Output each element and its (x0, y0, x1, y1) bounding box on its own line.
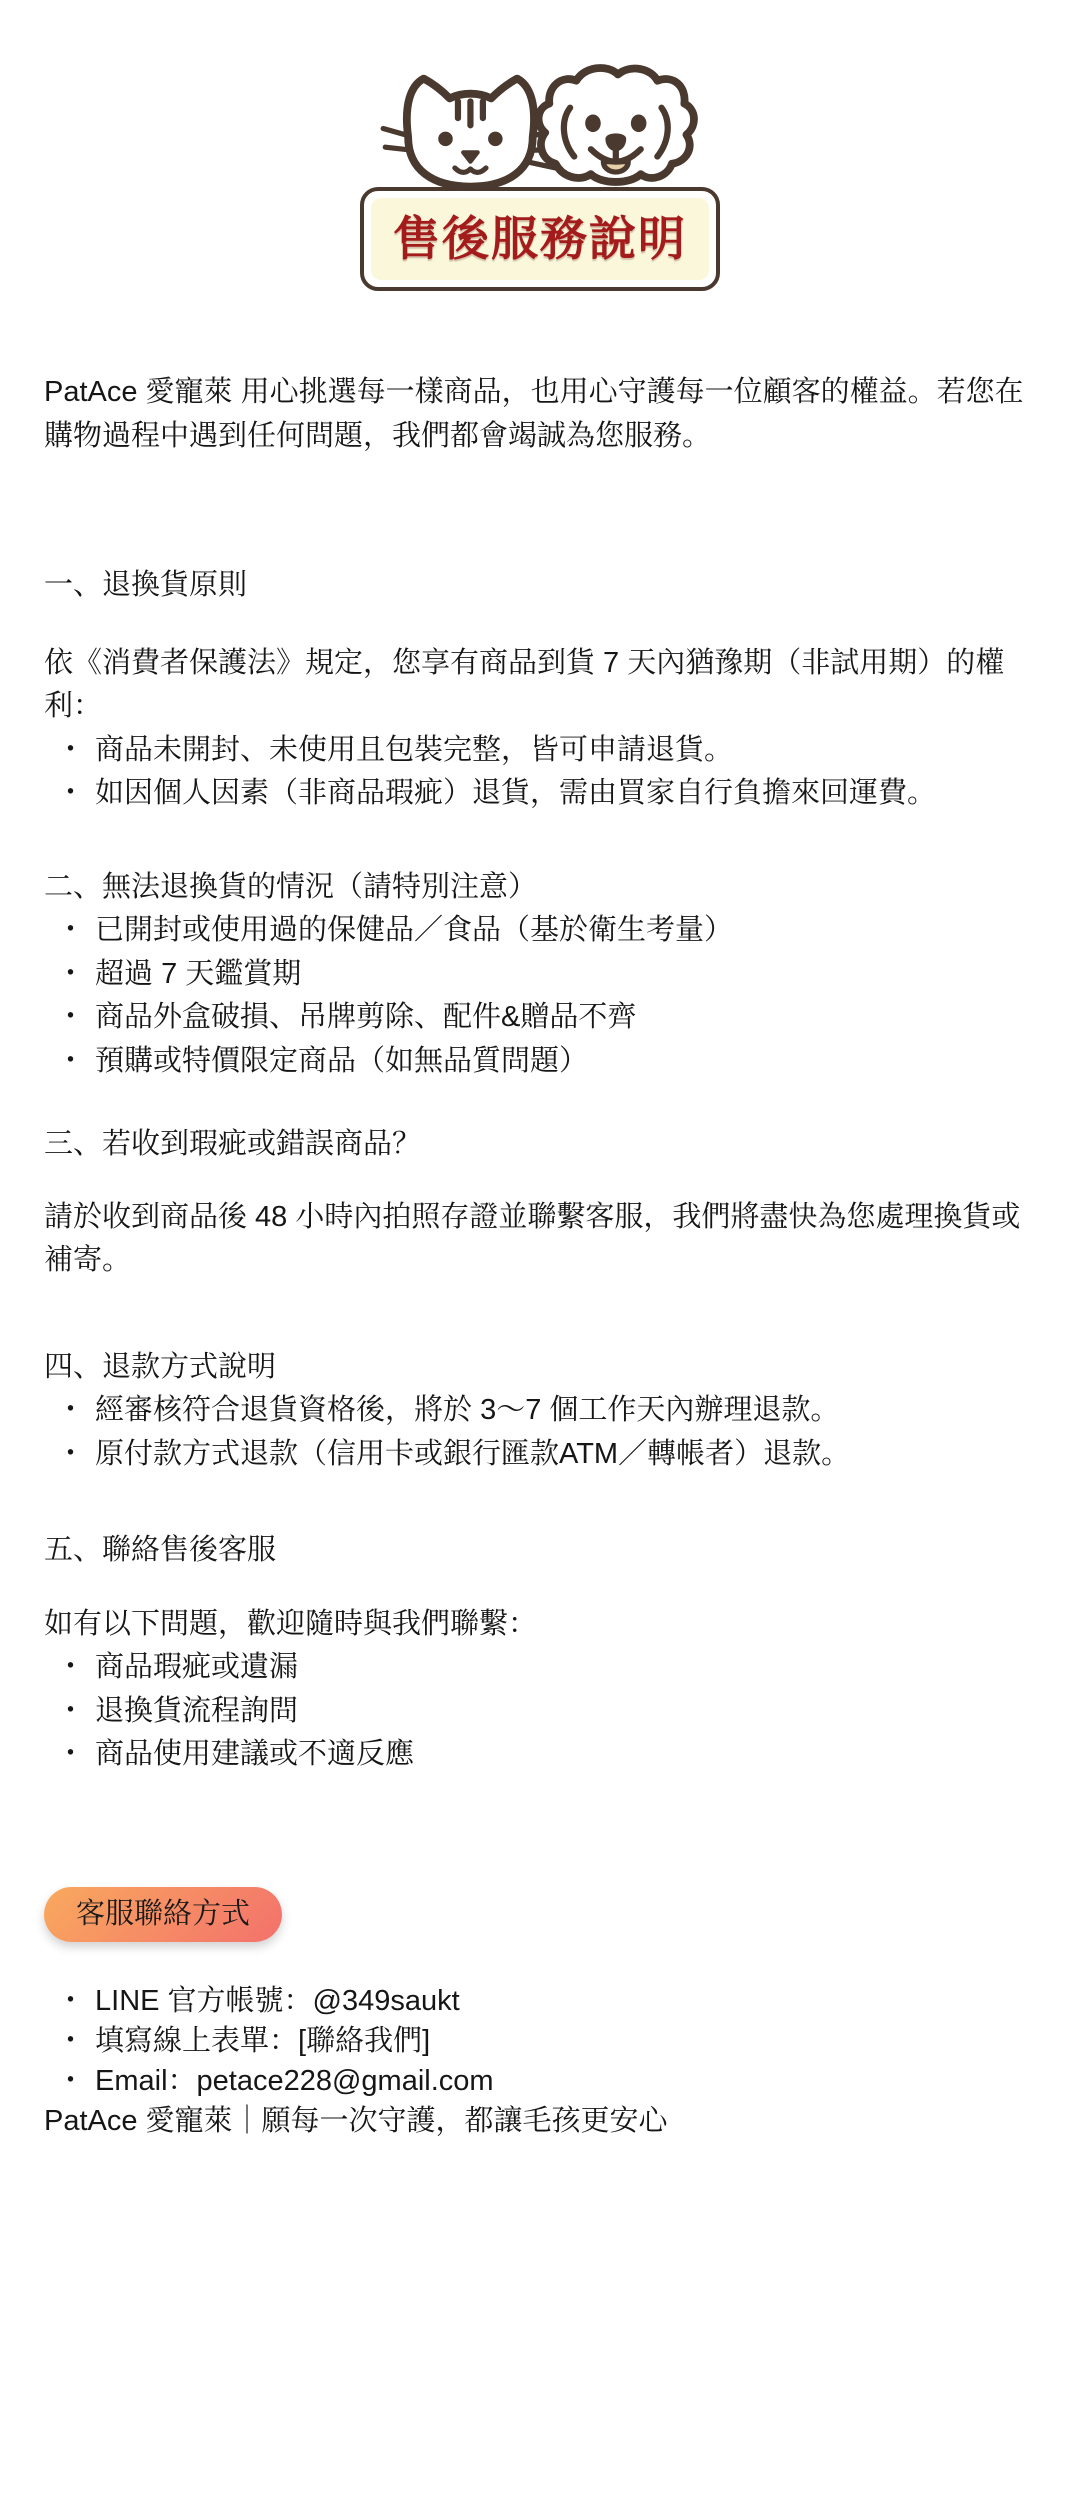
bullet-text: 退換貨流程詢問 (95, 1690, 298, 1734)
bullet-item: ・ 商品使用建議或不適反應 (44, 1733, 1036, 1777)
bullet-item: ・ 商品外盒破損、吊牌剪除、配件&贈品不齊 (44, 996, 1036, 1040)
bullet-item: ・ 超過 7 天鑑賞期 (44, 953, 1036, 997)
bullet-dot: ・ (44, 1389, 95, 1433)
bullet-text: 超過 7 天鑑賞期 (95, 953, 301, 997)
page-content: PatAce 愛寵萊 用心挑選每一樣商品，也用心守護每一位顧客的權益。若您在購物… (0, 371, 1080, 2141)
bullet-item: ・ 如因個人因素（非商品瑕疵）退貨，需由買家自行負擔來回運費。 (44, 772, 1036, 816)
bullet-dot: ・ (44, 729, 95, 773)
bullet-item: ・ 商品未開封、未使用且包裝完整，皆可申請退貨。 (44, 729, 1036, 773)
contact-item-text: Email：petace228@gmail.com (95, 2061, 494, 2101)
bullet-item: ・ 退換貨流程詢問 (44, 1690, 1036, 1734)
section-3-heading: 三、若收到瑕疵或錯誤商品？ (44, 1123, 1036, 1167)
bullet-text: 商品外盒破損、吊牌剪除、配件&贈品不齊 (95, 996, 636, 1040)
dog-face-icon (539, 68, 694, 182)
bullet-dot: ・ (44, 1433, 95, 1477)
contact-item-email: ・ Email：petace228@gmail.com (44, 2061, 1036, 2101)
bullet-dot: ・ (44, 1981, 95, 2021)
contact-item-text: LINE 官方帳號：@349saukt (95, 1981, 460, 2021)
section-2-heading: 二、無法退換貨的情況（請特別注意） (44, 866, 1036, 910)
bullet-text: 商品瑕疵或遺漏 (95, 1646, 298, 1690)
bullet-text: 預購或特價限定商品（如無品質問題） (95, 1040, 588, 1084)
section-1-heading: 一、退換貨原則 (44, 564, 1036, 608)
bullet-text: 如因個人因素（非商品瑕疵）退貨，需由買家自行負擔來回運費。 (95, 772, 936, 816)
bullet-dot: ・ (44, 1690, 95, 1734)
bullet-text: 商品使用建議或不適反應 (95, 1733, 414, 1777)
bullet-dot: ・ (44, 909, 95, 953)
bullet-text: 商品未開封、未使用且包裝完整，皆可申請退貨。 (95, 729, 733, 773)
bullet-text: 經審核符合退貨資格後，將於 3～7 個工作天內辦理退款。 (95, 1389, 839, 1433)
title-badge-inner: 售後服務說明 (371, 198, 709, 280)
contact-list: ・ LINE 官方帳號：@349saukt ・ 填寫線上表單：[聯絡我們] ・ … (44, 1981, 1036, 2101)
bullet-text: 原付款方式退款（信用卡或銀行匯款ATM／轉帳者）退款。 (95, 1433, 850, 1477)
bullet-dot: ・ (44, 996, 95, 1040)
bullet-dot: ・ (44, 2021, 95, 2061)
title-badge: 售後服務說明 (360, 187, 720, 291)
section-4-heading: 四、退款方式說明 (44, 1346, 1036, 1390)
bullet-item: ・ 預購或特價限定商品（如無品質問題） (44, 1040, 1036, 1084)
bullet-dot: ・ (44, 2061, 95, 2101)
cat-face-icon (383, 79, 564, 187)
bullet-dot: ・ (44, 1040, 95, 1084)
cat-dog-illustration (379, 62, 701, 197)
section-1-paragraph: 依《消費者保護法》規定，您享有商品到貨 7 天內猶豫期（非試用期）的權利： (44, 642, 1036, 729)
bullet-dot: ・ (44, 772, 95, 816)
page-header: 售後服務說明 (0, 62, 1080, 291)
section-5-paragraph: 如有以下問題，歡迎隨時與我們聯繫： (44, 1603, 1036, 1647)
contact-badge-row: 客服聯絡方式 (44, 1887, 1036, 1942)
footer-slogan: PatAce 愛寵萊｜願每一次守護，都讓毛孩更安心 (44, 2101, 1036, 2142)
bullet-dot: ・ (44, 953, 95, 997)
contact-item-line: ・ LINE 官方帳號：@349saukt (44, 1981, 1036, 2021)
bullet-item: ・ 已開封或使用過的保健品／食品（基於衛生考量） (44, 909, 1036, 953)
bullet-item: ・ 商品瑕疵或遺漏 (44, 1646, 1036, 1690)
contact-item-form: ・ 填寫線上表單：[聯絡我們] (44, 2021, 1036, 2061)
bullet-dot: ・ (44, 1646, 95, 1690)
service-info-page: 售後服務說明 PatAce 愛寵萊 用心挑選每一樣商品，也用心守護每一位顧客的權… (0, 0, 1080, 2500)
bullet-text: 已開封或使用過的保健品／食品（基於衛生考量） (95, 909, 733, 953)
page-title: 售後服務說明 (393, 212, 687, 266)
section-3-paragraph: 請於收到商品後 48 小時內拍照存證並聯繫客服，我們將盡快為您處理換貨或補寄。 (44, 1196, 1036, 1283)
bullet-item: ・ 經審核符合退貨資格後，將於 3～7 個工作天內辦理退款。 (44, 1389, 1036, 1433)
intro-paragraph: PatAce 愛寵萊 用心挑選每一樣商品，也用心守護每一位顧客的權益。若您在購物… (44, 371, 1036, 458)
bullet-dot: ・ (44, 1733, 95, 1777)
contact-item-text: 填寫線上表單：[聯絡我們] (95, 2021, 430, 2061)
bullet-item: ・ 原付款方式退款（信用卡或銀行匯款ATM／轉帳者）退款。 (44, 1433, 1036, 1477)
contact-badge: 客服聯絡方式 (44, 1887, 282, 1942)
section-5-heading: 五、聯絡售後客服 (44, 1529, 1036, 1573)
